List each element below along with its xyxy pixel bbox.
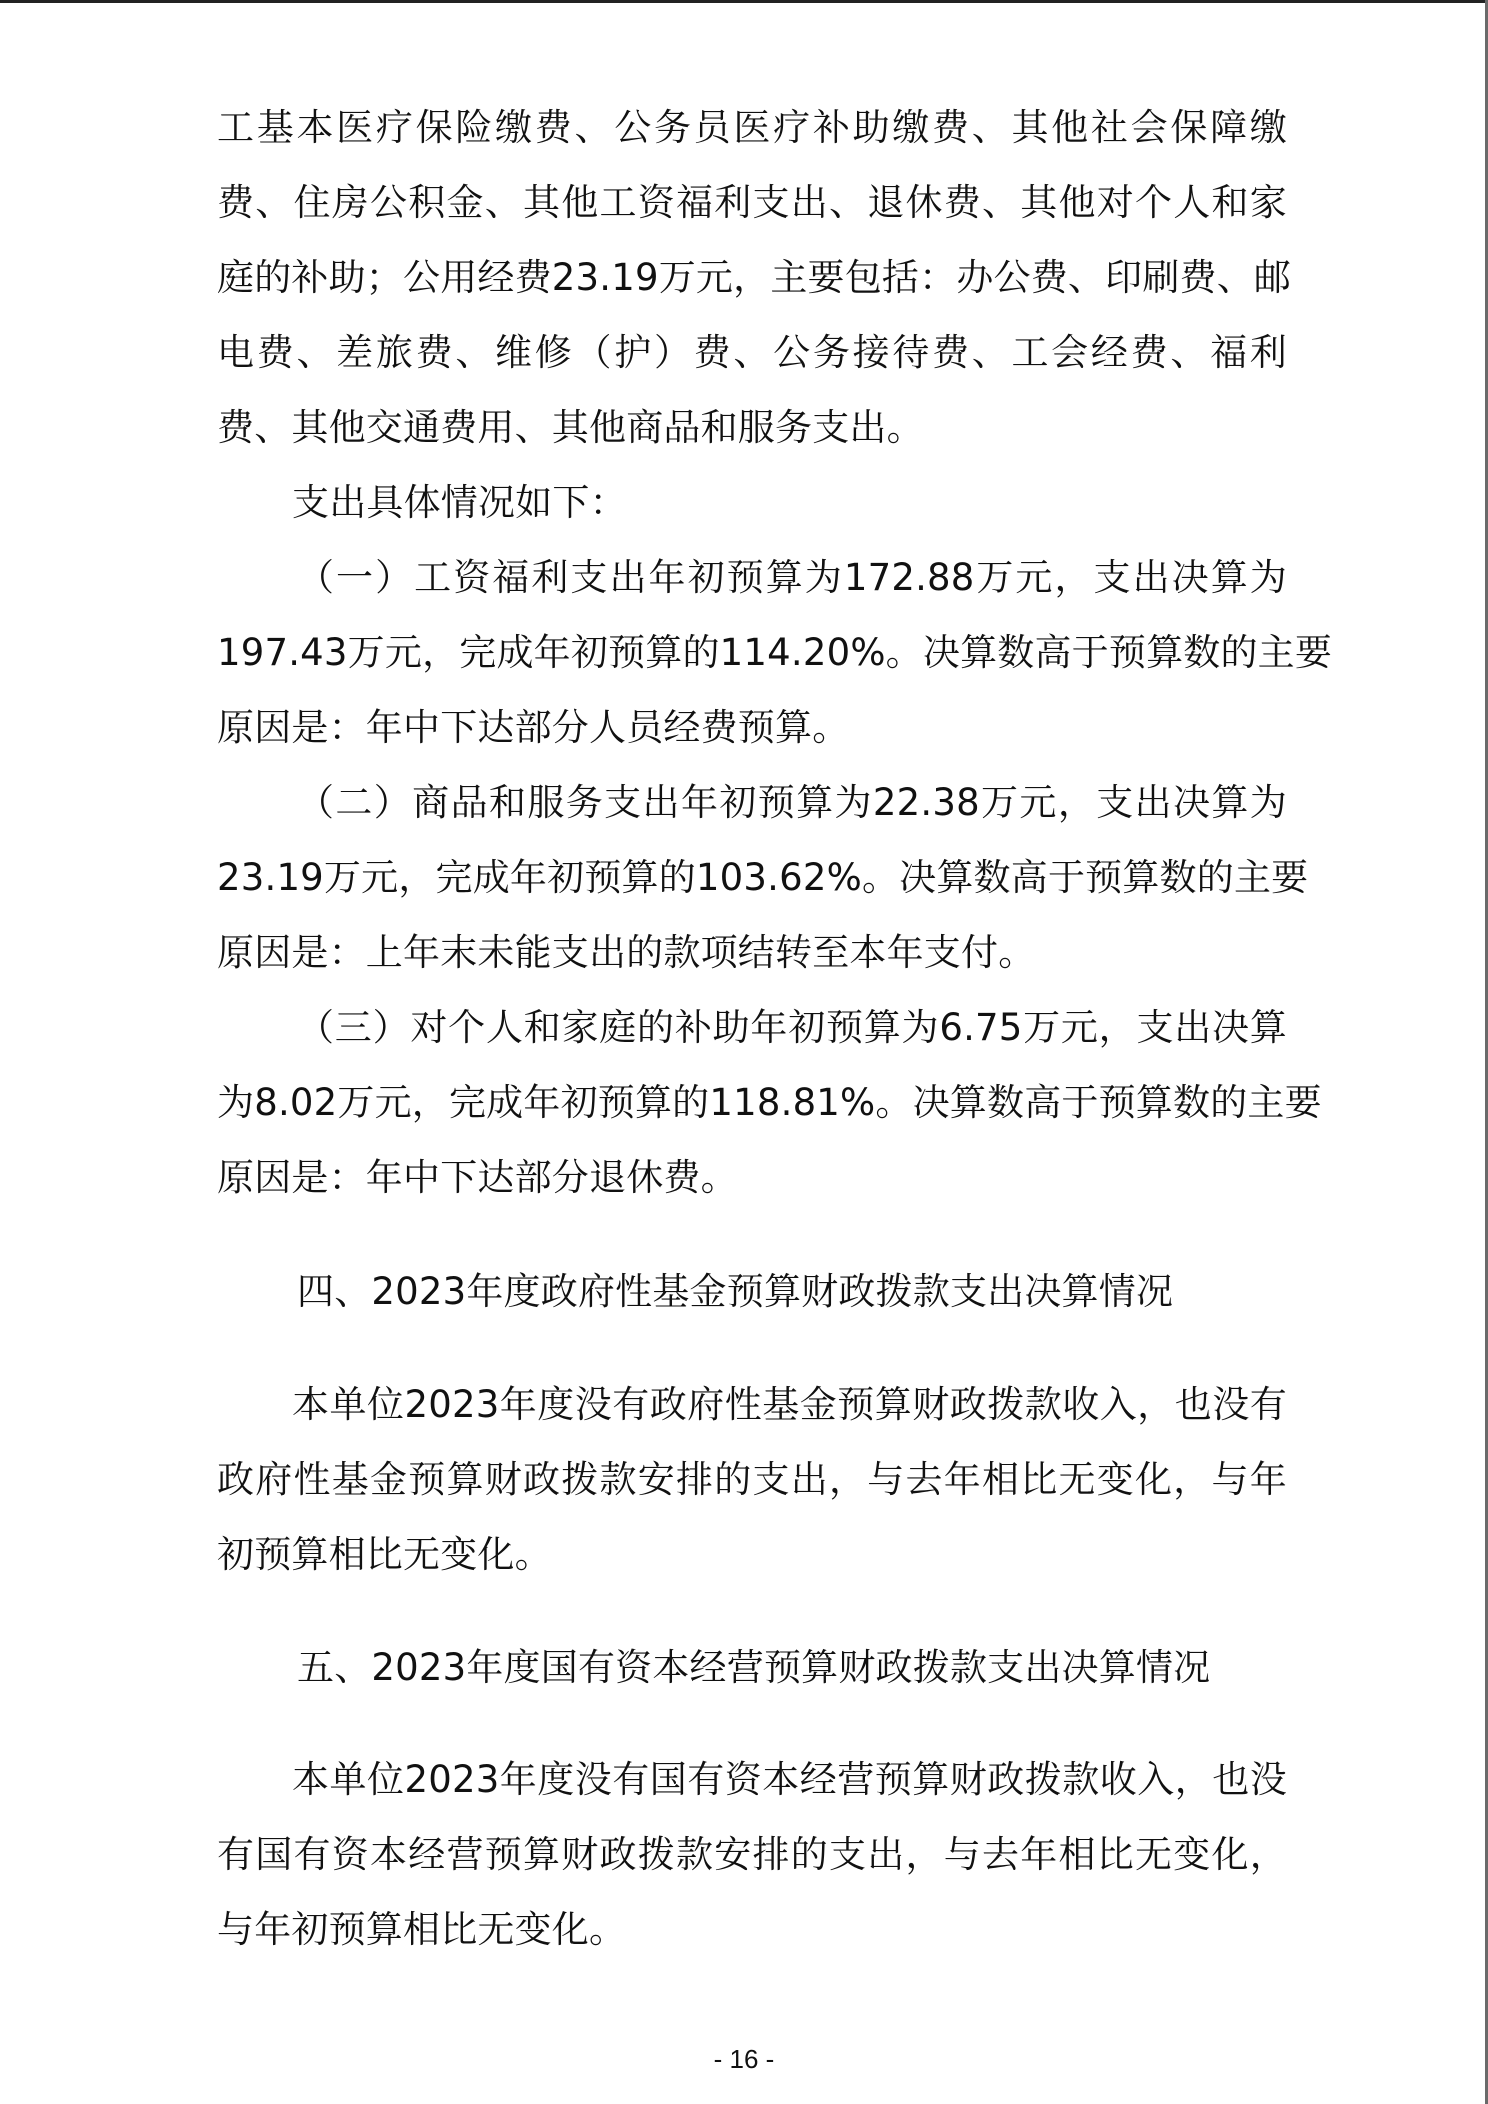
section-line: 政府性基金预算财政拨款安排的支出，与去年相比无变化，与年 — [217, 1460, 1287, 1500]
item-line: 原因是：年中下达部分退休费。 — [217, 1158, 738, 1198]
item-line: 197.43万元，完成年初预算的114.20%。决算数高于预算数的主要 — [217, 633, 1287, 673]
page-number: - 16 - — [0, 2044, 1488, 2074]
paragraph-line: 费、其他交通费用、其他商品和服务支出。 — [217, 408, 924, 448]
section-heading: 五、2023年度国有资本经营预算财政拨款支出决算情况 — [297, 1648, 1210, 1688]
intro-text: 支出具体情况如下： — [292, 483, 627, 523]
section-line: 本单位2023年度没有国有资本经营预算财政拨款收入，也没 — [292, 1760, 1287, 1800]
item-line: （一）工资福利支出年初预算为172.88万元，支出决算为 — [297, 558, 1287, 598]
paragraph-line: 费、住房公积金、其他工资福利支出、退休费、其他对个人和家 — [217, 183, 1287, 223]
item-line: 原因是：年中下达部分人员经费预算。 — [217, 708, 849, 748]
paragraph-line: 电费、差旅费、维修（护）费、公务接待费、工会经费、福利 — [217, 333, 1287, 373]
section-line: 与年初预算相比无变化。 — [217, 1910, 626, 1950]
paragraph-line: 庭的补助；公用经费23.19万元，主要包括：办公费、印刷费、邮 — [217, 258, 1287, 298]
item-line: 原因是：上年末未能支出的款项结转至本年支付。 — [217, 933, 1035, 973]
section-line: 有国有资本经营预算财政拨款安排的支出，与去年相比无变化， — [217, 1835, 1287, 1875]
section-line: 本单位2023年度没有政府性基金预算财政拨款收入，也没有 — [292, 1385, 1287, 1425]
item-line: 为8.02万元，完成年初预算的118.81%。决算数高于预算数的主要 — [217, 1083, 1287, 1123]
paragraph-line: 工基本医疗保险缴费、公务员医疗补助缴费、其他社会保障缴 — [217, 108, 1287, 148]
page-top-border — [0, 0, 1488, 3]
item-line: （二）商品和服务支出年初预算为22.38万元，支出决算为 — [297, 783, 1287, 823]
item-line: （三）对个人和家庭的补助年初预算为6.75万元，支出决算 — [297, 1008, 1287, 1048]
section-line: 初预算相比无变化。 — [217, 1535, 552, 1575]
section-heading: 四、2023年度政府性基金预算财政拨款支出决算情况 — [297, 1272, 1173, 1312]
item-line: 23.19万元，完成年初预算的103.62%。决算数高于预算数的主要 — [217, 858, 1287, 898]
